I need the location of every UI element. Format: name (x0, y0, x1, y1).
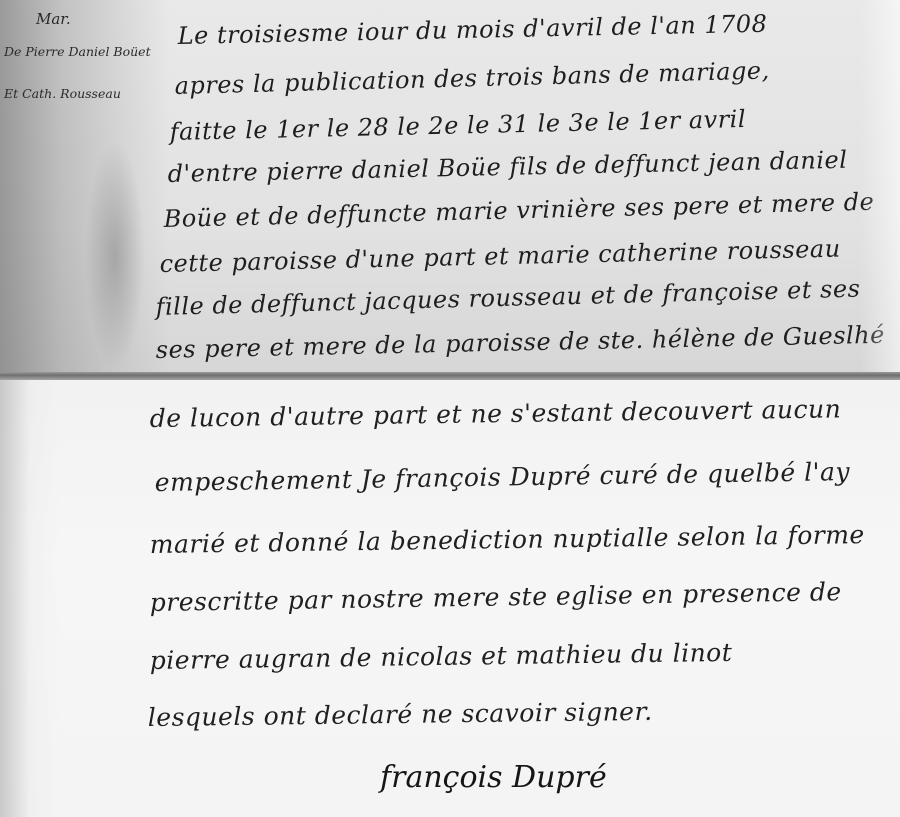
margin-title: Mar. (36, 10, 71, 28)
entry-line-5: Boüe et de deffuncte marie vrinière ses … (163, 188, 874, 233)
margin-bride-name: Et Cath. Rousseau (4, 86, 121, 101)
priest-signature: françois Dupré (380, 760, 607, 795)
entry-line-8: ses pere et mere de la paroisse de ste. … (155, 321, 885, 364)
entry-line-2: apres la publication des trois bans de m… (174, 56, 770, 100)
entry-line-4: d'entre pierre daniel Boüe fils de deffu… (167, 146, 847, 188)
entry-line-7: fille de deffunct jacques rousseau et de… (155, 275, 860, 321)
entry-line-1: Le troisiesme iour du mois d'avril de l'… (177, 10, 767, 50)
entry-line-14: lesquels ont declaré ne scavoir signer. (148, 697, 653, 732)
entry-line-11: marié et donné la benediction nuptialle … (150, 520, 865, 559)
entry-line-6: cette paroisse d'une part et marie cathe… (159, 235, 841, 278)
margin-stain (85, 140, 145, 370)
lower-register-fragment: de lucon d'autre part et ne s'estant dec… (0, 380, 900, 817)
upper-register-fragment: Mar. De Pierre Daniel Boüet Et Cath. Rou… (0, 0, 900, 376)
fragment-seam (0, 372, 900, 380)
entry-line-9: de lucon d'autre part et ne s'estant dec… (150, 394, 842, 433)
margin-groom-name: De Pierre Daniel Boüet (4, 44, 151, 59)
entry-line-3: faitte le 1er le 28 le 2e le 31 le 3e le… (169, 105, 746, 146)
entry-line-10: empeschement Je françois Dupré curé de q… (155, 457, 851, 497)
entry-line-13: pierre augran de nicolas et mathieu du l… (150, 638, 733, 675)
entry-line-12: prescritte par nostre mere ste eglise en… (150, 577, 842, 617)
